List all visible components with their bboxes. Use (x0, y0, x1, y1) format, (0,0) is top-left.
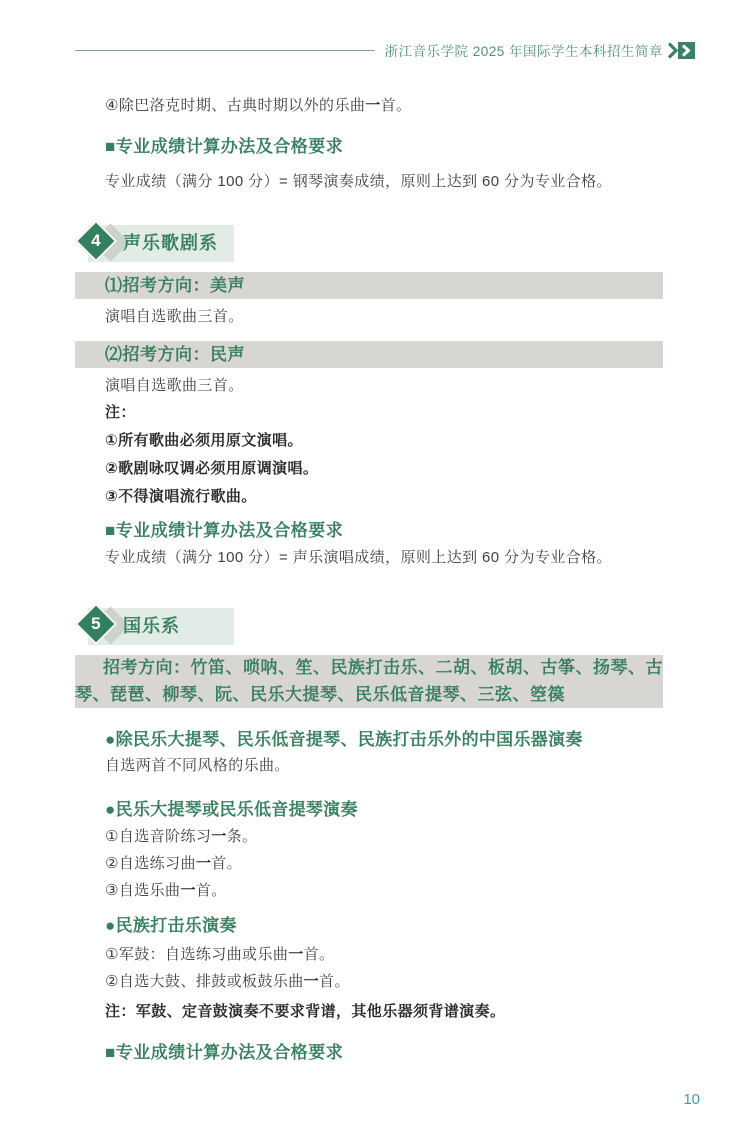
calc-heading: ■专业成绩计算办法及合格要求 (105, 136, 663, 158)
note-item: 注：军鼓、定音鼓演奏不要求背谱，其他乐器须背谱演奏。 (105, 1002, 663, 1022)
body-line: 自选两首不同风格的乐曲。 (105, 756, 663, 776)
section-badge-guoyue: 5 国乐系 (75, 603, 663, 649)
header-title: 浙江音乐学院 2025 年国际学生本科招生简章 (384, 40, 663, 60)
section-title: 声乐歌剧系 (123, 225, 218, 262)
section-title: 国乐系 (123, 608, 180, 645)
section-number: 4 (91, 231, 100, 251)
bullet-heading: ●除民乐大提琴、民乐低音提琴、民族打击乐外的中国乐器演奏 (105, 729, 663, 751)
direction-bar-bel-canto: ⑴招考方向：美声 (75, 272, 663, 299)
double-chevron-right-icon (667, 42, 695, 59)
calc-heading: ■专业成绩计算办法及合格要求 (105, 520, 663, 542)
section-badge-vocal: 4 声乐歌剧系 (75, 220, 663, 266)
note-item: ②歌剧咏叹调必须用原调演唱。 (105, 459, 663, 479)
calc-body: 专业成绩（满分 100 分）= 声乐演唱成绩，原则上达到 60 分为专业合格。 (105, 548, 663, 568)
list-item: ①自选音阶练习一条。 (105, 827, 663, 847)
note-item: ③不得演唱流行歌曲。 (105, 487, 663, 507)
bullet-heading: ●民族打击乐演奏 (105, 915, 663, 937)
note-label: 注： (105, 403, 663, 423)
section-number: 5 (91, 614, 100, 634)
page-content: ④除巴洛克时期、古典时期以外的乐曲一首。 ■专业成绩计算办法及合格要求 专业成绩… (0, 96, 737, 1064)
document-page: 浙江音乐学院 2025 年国际学生本科招生简章 ④除巴洛克时期、古典时期以外的乐… (0, 0, 737, 1134)
page-header: 浙江音乐学院 2025 年国际学生本科招生简章 (0, 0, 737, 60)
list-item: ②自选大鼓、排鼓或板鼓乐曲一首。 (105, 972, 663, 992)
header-rule (75, 50, 375, 51)
note-item: ①所有歌曲必须用原文演唱。 (105, 431, 663, 451)
list-item-4: ④除巴洛克时期、古典时期以外的乐曲一首。 (105, 96, 663, 116)
direction-bar-folk-voice: ⑵招考方向：民声 (75, 341, 663, 368)
bullet-heading: ●民乐大提琴或民乐低音提琴演奏 (105, 799, 663, 821)
calc-body: 专业成绩（满分 100 分）= 钢琴演奏成绩，原则上达到 60 分为专业合格。 (105, 172, 663, 192)
page-number: 10 (683, 1091, 700, 1108)
list-item: ②自选练习曲一首。 (105, 854, 663, 874)
list-item: ①军鼓：自选练习曲或乐曲一首。 (105, 945, 663, 965)
direction-body: 演唱自选歌曲三首。 (105, 376, 663, 396)
list-item: ③自选乐曲一首。 (105, 881, 663, 901)
calc-heading: ■专业成绩计算办法及合格要求 (105, 1042, 663, 1064)
directions-bar: 招考方向：竹笛、唢呐、笙、民族打击乐、二胡、板胡、古筝、扬琴、古琴、琵琶、柳琴、… (75, 655, 663, 708)
direction-body: 演唱自选歌曲三首。 (105, 307, 663, 327)
